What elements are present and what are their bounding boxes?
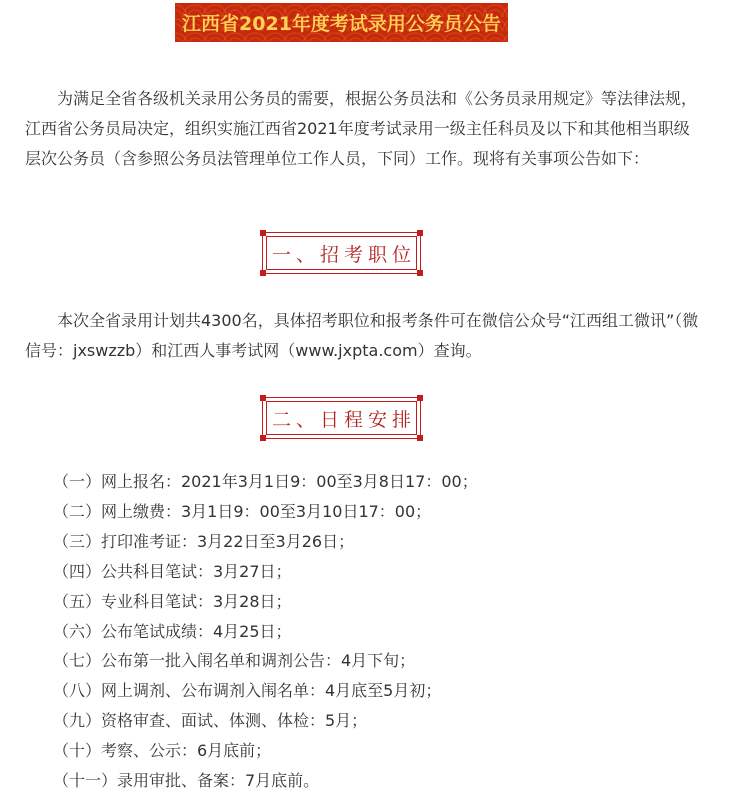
schedule-item: （七）公布第一批入闱名单和调剂公告：4月下旬；: [53, 646, 478, 676]
schedule-item: （五）专业科目笔试：3月28日；: [53, 587, 478, 617]
corner-ornament: [417, 230, 423, 236]
corner-ornament: [417, 270, 423, 276]
schedule-item: （三）打印准考证：3月22日至3月26日；: [53, 527, 478, 557]
corner-ornament: [417, 395, 423, 401]
intro-paragraph: 为满足全省各级机关录用公务员的需要，根据公务员法和《公务员录用规定》等法律法规，…: [25, 84, 705, 174]
schedule-item: （十）考察、公示：6月底前；: [53, 736, 478, 766]
schedule-item: （二）网上缴费：3月1日9：00至3月10日17：00；: [53, 497, 478, 527]
schedule-item: （四）公共科目笔试：3月27日；: [53, 557, 478, 587]
schedule-item: （十一）录用审批、备案：7月底前。: [53, 766, 478, 795]
schedule-item: （一）网上报名：2021年3月1日9：00至3月8日17：00；: [53, 467, 478, 497]
section-heading-positions: 一、招考职位: [262, 232, 421, 274]
page-title: 江西省2021年度考试录用公务员公告: [182, 9, 501, 36]
schedule-item: （九）资格审查、面试、体测、体检：5月；: [53, 706, 478, 736]
section-heading-label: 一、招考职位: [267, 240, 416, 267]
corner-ornament: [260, 435, 266, 441]
section-heading-schedule: 二、日程安排: [262, 397, 421, 439]
positions-paragraph: 本次全省录用计划共4300名，具体招考职位和报考条件可在微信公众号“江西组工微讯…: [25, 306, 705, 366]
section-heading-label: 二、日程安排: [267, 405, 416, 432]
section-frame-inner: 一、招考职位: [266, 236, 417, 270]
corner-ornament: [417, 435, 423, 441]
section-frame-inner: 二、日程安排: [266, 401, 417, 435]
corner-ornament: [260, 270, 266, 276]
schedule-item: （八）网上调剂、公布调剂入闱名单：4月底至5月初；: [53, 676, 478, 706]
schedule-list: （一）网上报名：2021年3月1日9：00至3月8日17：00； （二）网上缴费…: [53, 467, 478, 795]
title-banner: 江西省2021年度考试录用公务员公告: [175, 3, 508, 42]
schedule-item: （六）公布笔试成绩：4月25日；: [53, 617, 478, 647]
